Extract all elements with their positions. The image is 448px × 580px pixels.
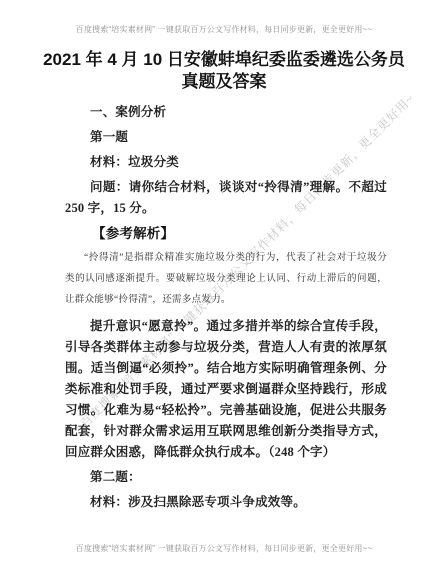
footer-promo-note: 百度搜索“培实素材网” 一键获取百万公文写作材料，每日同步更新，更全更好用~~ (0, 543, 448, 554)
document-page: 百度搜索“培实素材网” 一键获取百万公文写作材料，每日同步更新，更全更好用~~ … (0, 0, 448, 580)
question-1-prompt: 问题：请你结合材料，谈谈对“拎得清”理解。不超过 250 字，15 分。 (65, 177, 387, 219)
answer-body-paragraph: 提升意识“愿意拎”。通过多措并举的综合宣传手段，引导各类群体主动参与垃圾分类，营… (65, 316, 387, 463)
header-promo-note: 百度搜索“培实素材网” 一键获取百万公文写作材料，每日同步更新，更全更好用~~ (0, 24, 448, 35)
document-title-line2: 真题及答案 (0, 71, 448, 93)
answer-intro-paragraph: “拎得清”是指群众精准实施垃圾分类的行为，代表了社会对于垃圾分类的认同感逐渐提升… (65, 248, 387, 311)
question-2-material: 材料：涉及扫黑除恶专项斗争成效等。 (65, 492, 387, 513)
reference-answer-heading: 【参考解析】 (65, 223, 387, 244)
question-2-label: 第二题： (65, 467, 387, 488)
document-body: 一、案例分析 第一题 材料：垃圾分类 问题：请你结合材料，谈谈对“拎得清”理解。… (65, 102, 387, 517)
document-title: 2021 年 4 月 10 日安徽蚌埠纪委监委遴选公务员 真题及答案 (0, 49, 448, 93)
document-title-line1: 2021 年 4 月 10 日安徽蚌埠纪委监委遴选公务员 (0, 49, 448, 71)
question-1-label: 第一题 (65, 127, 387, 148)
question-1-material: 材料：垃圾分类 (65, 152, 387, 173)
section-heading-case-analysis: 一、案例分析 (65, 102, 387, 123)
